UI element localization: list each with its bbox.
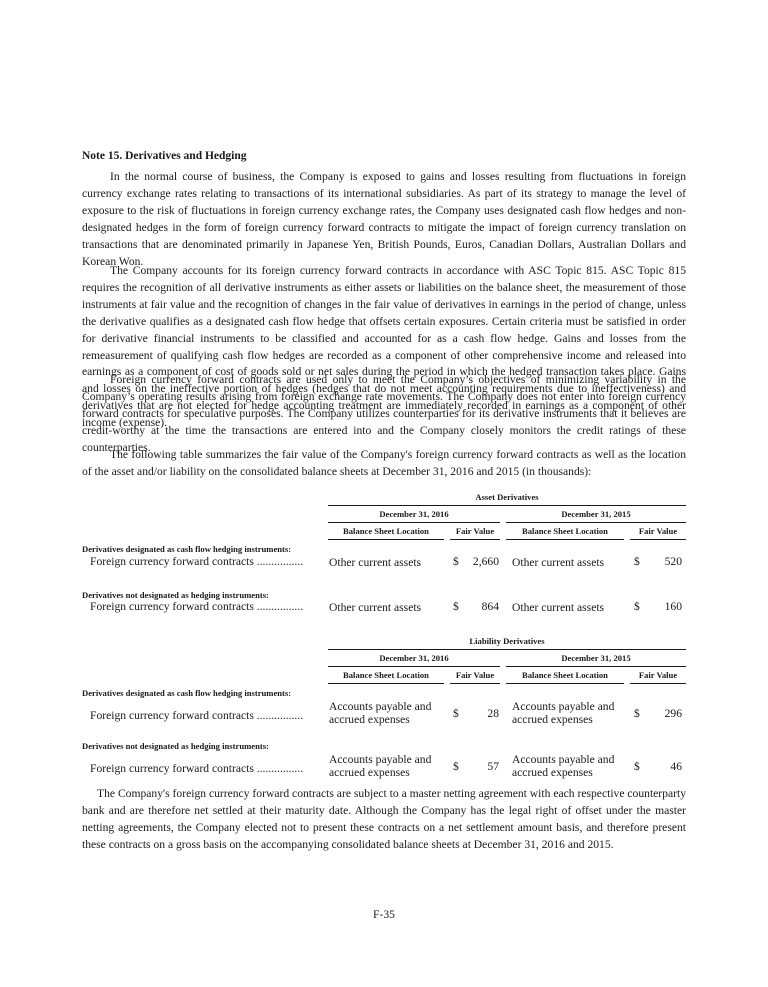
currency-2016: $ (453, 600, 459, 613)
period-header-2016: December 31, 2016 (328, 653, 500, 663)
page-number: F-35 (82, 908, 686, 921)
paragraph-5: The Company's foreign currency forward c… (82, 786, 686, 854)
currency-2016: $ (453, 760, 459, 773)
divider (328, 505, 686, 506)
note-title: Note 15. Derivatives and Hedging (82, 150, 247, 162)
col-header-fair-value-2016: Fair Value (450, 526, 500, 536)
col-header-fair-value-2015: Fair Value (630, 670, 686, 680)
row-label: Foreign currency forward contracts .....… (90, 762, 303, 775)
value-2015: 160 (642, 600, 682, 613)
divider (506, 522, 686, 523)
currency-2015: $ (634, 707, 640, 720)
divider (328, 539, 444, 540)
currency-2015: $ (634, 760, 640, 773)
location-2016: Accounts payable and accrued expenses (329, 700, 431, 726)
period-header-2015: December 31, 2015 (506, 653, 686, 663)
location-line: accrued expenses (329, 766, 431, 779)
value-2016: 864 (459, 600, 499, 613)
row-label: Foreign currency forward contracts .....… (90, 709, 303, 722)
col-header-location-2016: Balance Sheet Location (328, 670, 444, 680)
currency-2016: $ (453, 555, 459, 568)
col-header-fair-value-2015: Fair Value (630, 526, 686, 536)
paragraph-1: In the normal course of business, the Co… (82, 169, 686, 270)
row-label: Foreign currency forward contracts .....… (90, 555, 303, 568)
divider (450, 683, 500, 684)
row-label: Foreign currency forward contracts .....… (90, 600, 303, 613)
table-title: Liability Derivatives (328, 636, 686, 646)
col-header-location-2015: Balance Sheet Location (506, 670, 624, 680)
value-2015: 520 (642, 555, 682, 568)
currency-2015: $ (634, 555, 640, 568)
divider (506, 666, 686, 667)
location-line: Accounts payable and (512, 753, 614, 766)
section-heading: Derivatives not designated as hedging in… (82, 741, 269, 751)
location-2016: Other current assets (329, 601, 421, 614)
section-heading: Derivatives designated as cash flow hedg… (82, 544, 291, 554)
col-header-location-2015: Balance Sheet Location (506, 526, 624, 536)
divider (630, 683, 686, 684)
location-2015: Other current assets (512, 601, 604, 614)
divider (450, 539, 500, 540)
period-header-2015: December 31, 2015 (506, 509, 686, 519)
location-2016: Other current assets (329, 556, 421, 569)
divider (328, 683, 444, 684)
paragraph-3: Foreign currency forward contracts are u… (82, 372, 686, 457)
col-header-fair-value-2016: Fair Value (450, 670, 500, 680)
value-2016: 2,660 (459, 555, 499, 568)
divider (328, 522, 500, 523)
location-2015: Accounts payable and accrued expenses (512, 700, 614, 726)
location-line: Accounts payable and (512, 700, 614, 713)
location-line: accrued expenses (512, 713, 614, 726)
location-2015: Other current assets (512, 556, 604, 569)
currency-2015: $ (634, 600, 640, 613)
section-heading: Derivatives designated as cash flow hedg… (82, 688, 291, 698)
currency-2016: $ (453, 707, 459, 720)
paragraph-4: The following table summarizes the fair … (82, 447, 686, 481)
divider (506, 683, 624, 684)
location-line: accrued expenses (329, 713, 431, 726)
location-2015: Accounts payable and accrued expenses (512, 753, 614, 779)
location-line: Accounts payable and (329, 700, 431, 713)
section-heading: Derivatives not designated as hedging in… (82, 590, 269, 600)
period-header-2016: December 31, 2016 (328, 509, 500, 519)
location-2016: Accounts payable and accrued expenses (329, 753, 431, 779)
divider (328, 666, 500, 667)
location-line: accrued expenses (512, 766, 614, 779)
divider (328, 649, 686, 650)
divider (630, 539, 686, 540)
table-title: Asset Derivatives (328, 492, 686, 502)
value-2016: 28 (459, 707, 499, 720)
divider (506, 539, 624, 540)
col-header-location-2016: Balance Sheet Location (328, 526, 444, 536)
value-2015: 46 (642, 760, 682, 773)
value-2015: 296 (642, 707, 682, 720)
location-line: Accounts payable and (329, 753, 431, 766)
value-2016: 57 (459, 760, 499, 773)
